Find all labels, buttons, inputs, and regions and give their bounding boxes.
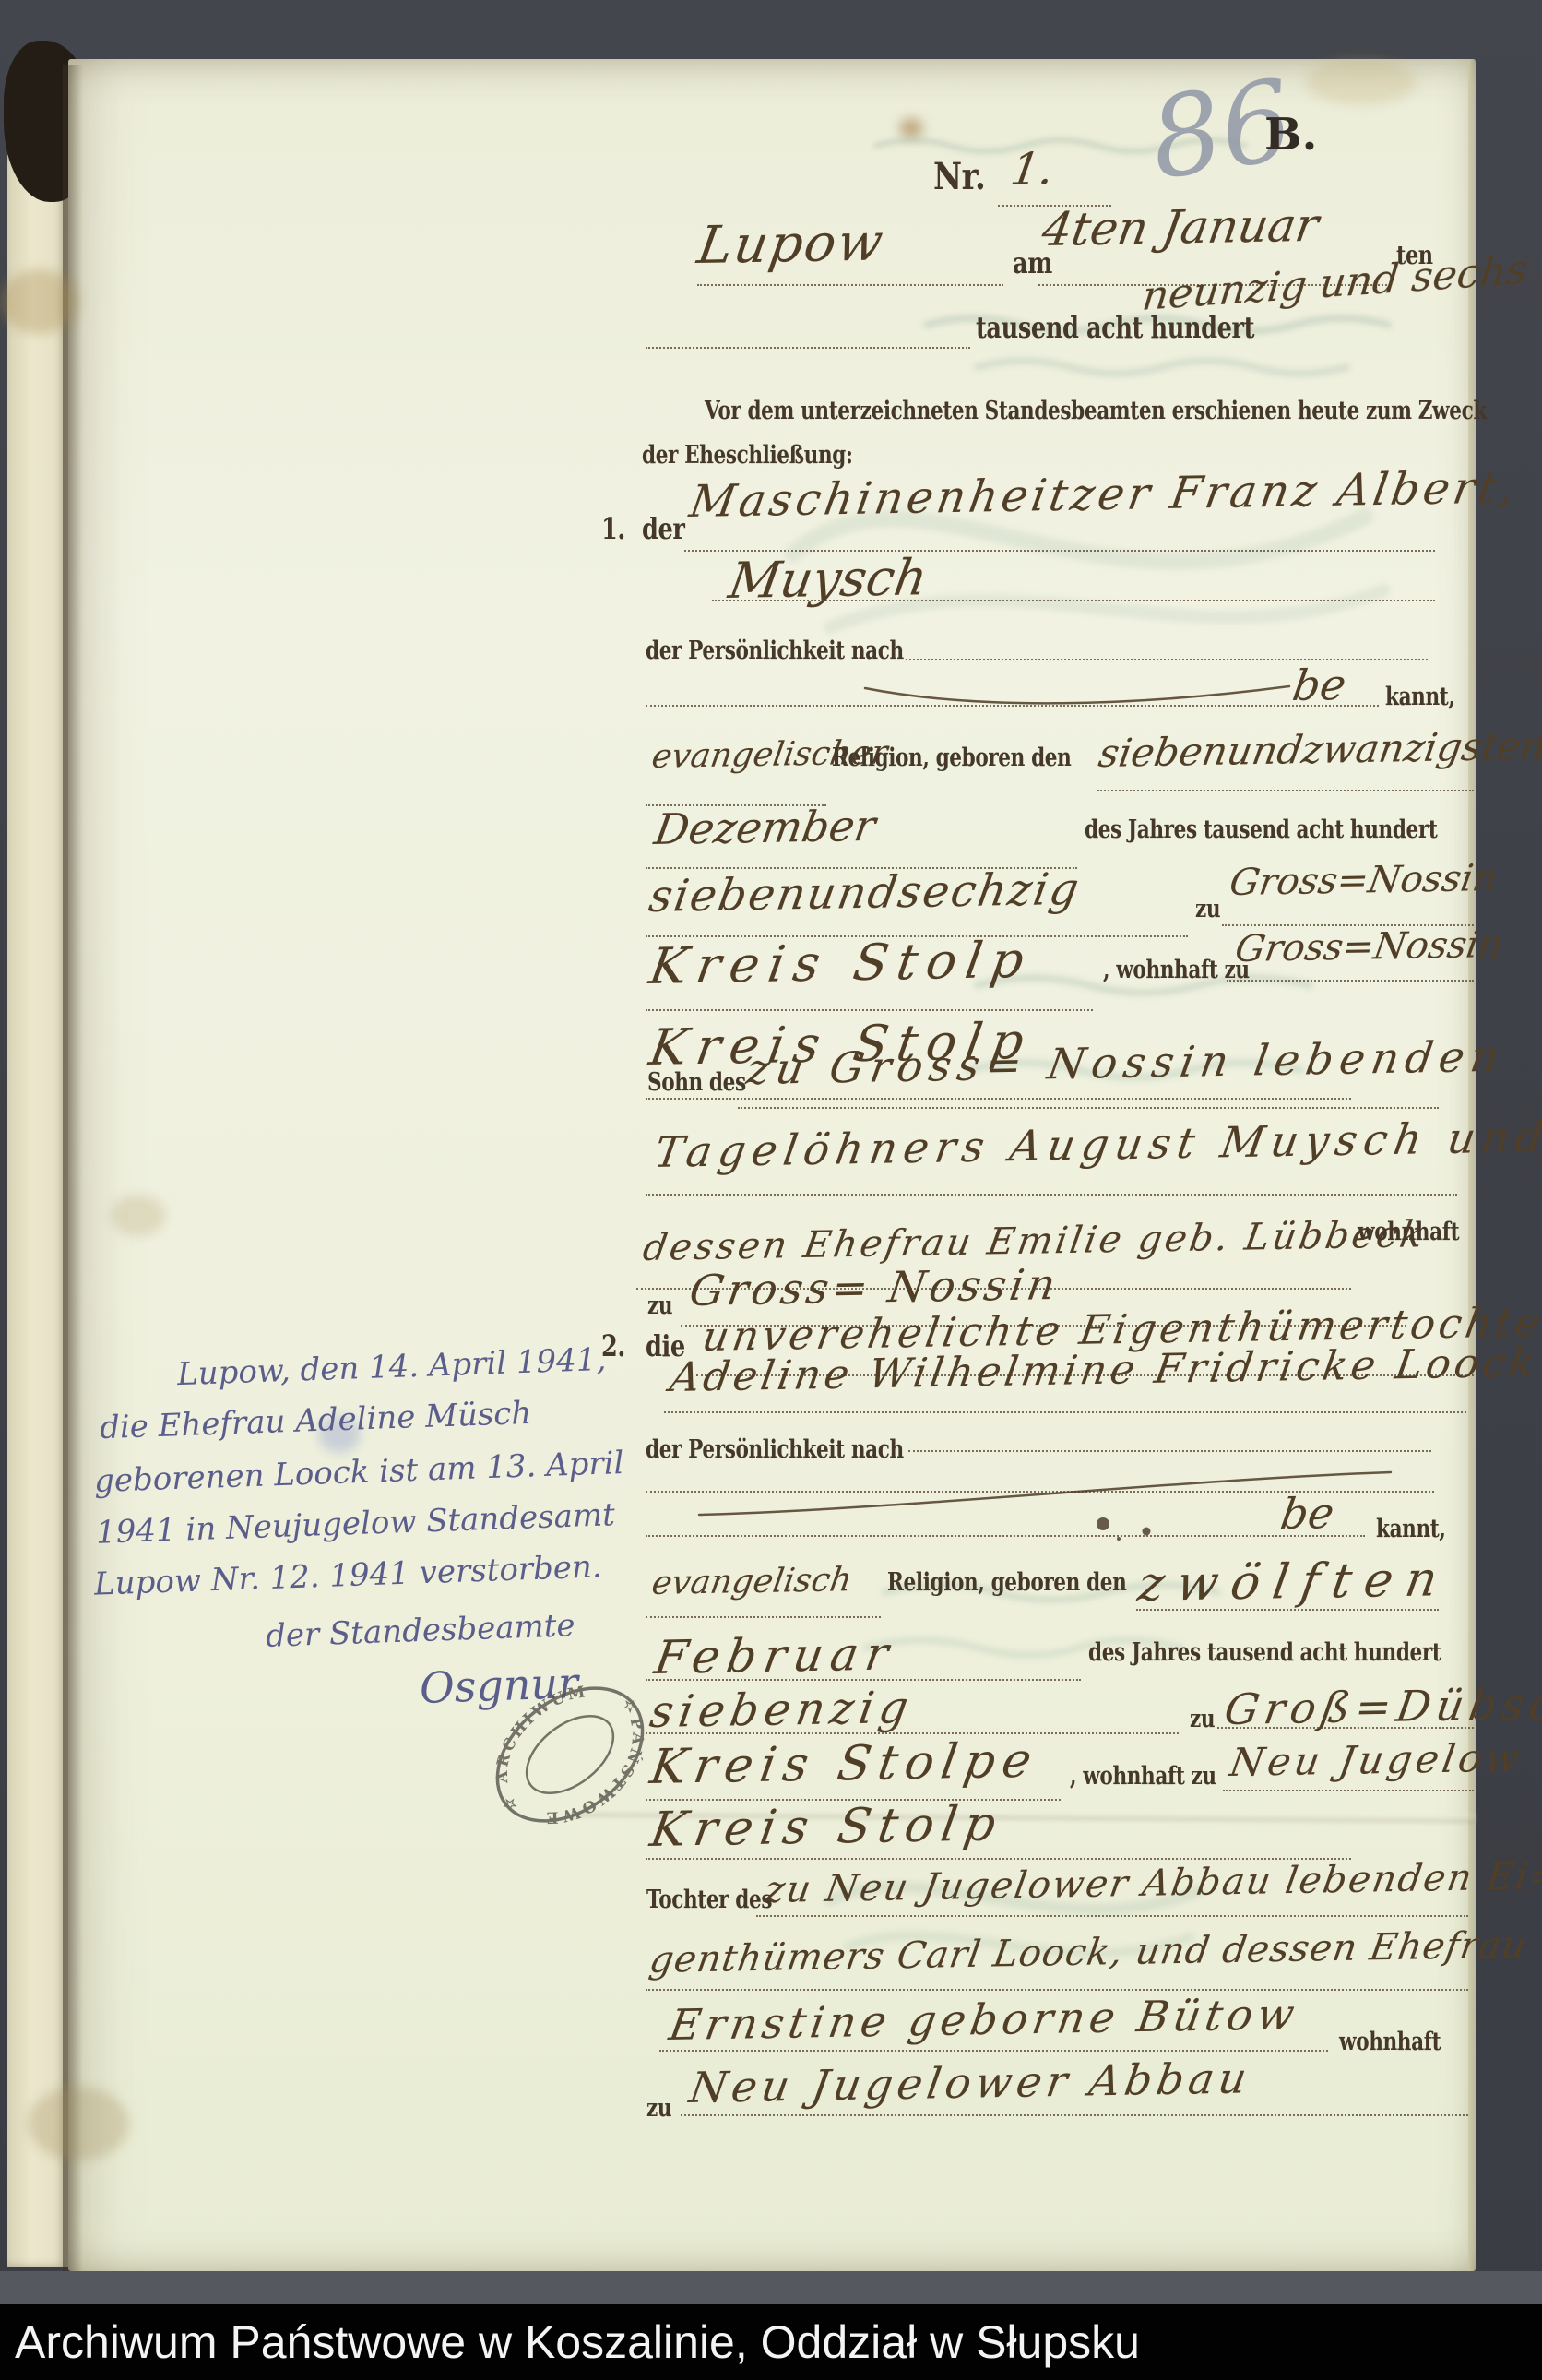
dotted-line [1136,1609,1439,1611]
bride-tochter-label: Tochter des [646,1886,772,1914]
svg-text:ARCHIWUM: ARCHIWUM [469,1670,607,1793]
dotted-line [646,347,970,349]
groom-article: der [642,511,684,546]
groom-parents-residence: Gross= Nossin [686,1259,1062,1315]
bride-known-printed: kannt, [1376,1515,1445,1543]
intro-line2: der Eheschließung: [642,441,853,470]
bride-kreis1: Kreis Stolpe [646,1733,1043,1795]
page-letter: B. [1264,109,1317,161]
photo-gray-band [0,2271,1542,2304]
dotted-line [1217,1727,1474,1729]
bride-religion-printed: Religion, geboren den [887,1568,1126,1597]
dotted-line [756,1915,1468,1917]
dotted-line [664,1411,1466,1413]
bride-wohnhaft2-label: wohnhaft [1339,2028,1441,2056]
groom-item-number: 1. [601,511,625,546]
dotted-line [1227,980,1474,982]
archive-caption-text: Archiwum Państwowe w Koszalinie, Oddział… [15,2304,1140,2380]
photo-background: 86 B. Nr. 1. Lupow am 4ten Januar ten ta… [0,0,1542,2380]
dotted-line [659,2050,1328,2052]
dotted-line [712,600,1435,601]
paper-stain [1306,59,1417,105]
groom-kreis1: Kreis Stolp [646,931,1038,995]
bride-birth-year: siebenzig [646,1682,918,1738]
bride-residence: Neu Jugelow [1227,1734,1526,1785]
archive-stamp: ARCHIWUM PAŃSTWOWE ☆ ☆ [469,1681,671,1828]
dotted-line [646,1616,881,1618]
bride-wohnhaft-label: , wohnhaft zu [1070,1762,1216,1791]
groom-known-printed: kannt, [1385,683,1454,711]
dotted-line [646,1535,1365,1537]
thousand-label: tausend acht hundert [976,310,1254,345]
bride-personality-label: der Persönlichkeit nach [646,1435,904,1464]
groom-sohn-label: Sohn des [647,1068,746,1097]
dotted-line [646,1194,1457,1196]
archive-caption-bar: Archiwum Państwowe w Koszalinie, Oddział… [0,2304,1542,2380]
groom-birth-place: Gross=Nossin [1227,857,1500,904]
paper-stain [28,2087,129,2160]
dotted-line [646,1679,1081,1681]
paper-stain [0,269,78,334]
dotted-line [646,705,1379,707]
bride-known-hand: be [1277,1488,1337,1539]
bride-parents-residence: Neu Jugelower Abbau [686,2053,1255,2112]
groom-birth-year: siebenundsechzig [646,863,1084,922]
svg-text:PAŃSTWOWE: PAŃSTWOWE [523,1709,673,1844]
dotted-line [738,1107,1439,1109]
groom-zu2-label: zu [647,1291,672,1320]
bride-year-printed: des Jahres tausend acht hundert [1088,1638,1441,1667]
bride-religion-hand: evangelisch [649,1561,855,1602]
dotted-line [681,2114,1468,2116]
groom-known-hand: be [1289,660,1349,710]
groom-zu-label: zu [1195,895,1220,923]
bride-zu-label: zu [1190,1705,1215,1733]
dotted-line [697,284,1003,286]
dotted-line [646,1098,1351,1100]
bride-birth-month: Februar [651,1626,899,1684]
day-month-handwritten: 4ten Januar [1038,198,1323,256]
groom-religion-printed: Religion, geboren den [832,744,1071,772]
dotted-line [646,1858,1351,1860]
dotted-line [1223,1790,1474,1791]
intro-line1: Vor dem unterzeichneten Standesbeamten e… [705,397,1487,425]
dotted-line [908,1450,1431,1452]
groom-personality-label: der Persönlichkeit nach [646,637,904,665]
paper-stain [111,1195,166,1236]
groom-residence: Gross=Nossin [1232,923,1506,970]
nr-label: Nr. [933,155,985,198]
dotted-line [646,1009,1093,1011]
place-handwritten: Lupow [694,213,889,276]
groom-year-printed: des Jahres tausend acht hundert [1085,815,1437,844]
bride-birth-place: Groß=Dübsow [1221,1678,1542,1734]
bride-zu2-label: zu [646,2094,671,2123]
paper-stain [899,118,923,138]
dotted-line [1097,790,1474,791]
groom-birth-day: siebenundzwanzigsten [1096,723,1542,776]
groom-birth-month: Dezember [651,801,879,854]
dotted-line [646,1989,1468,1991]
dotted-line [646,1732,1179,1734]
page-gutter-shadow [63,65,83,2271]
groom-wohnhaft2-label: wohnhaft [1358,1218,1459,1246]
bride-kreis2: Kreis Stolp [646,1796,1007,1858]
previous-page-edge [7,155,68,2267]
bride-birth-day: zwölften [1134,1552,1454,1612]
nr-value: 1. [1007,143,1058,196]
